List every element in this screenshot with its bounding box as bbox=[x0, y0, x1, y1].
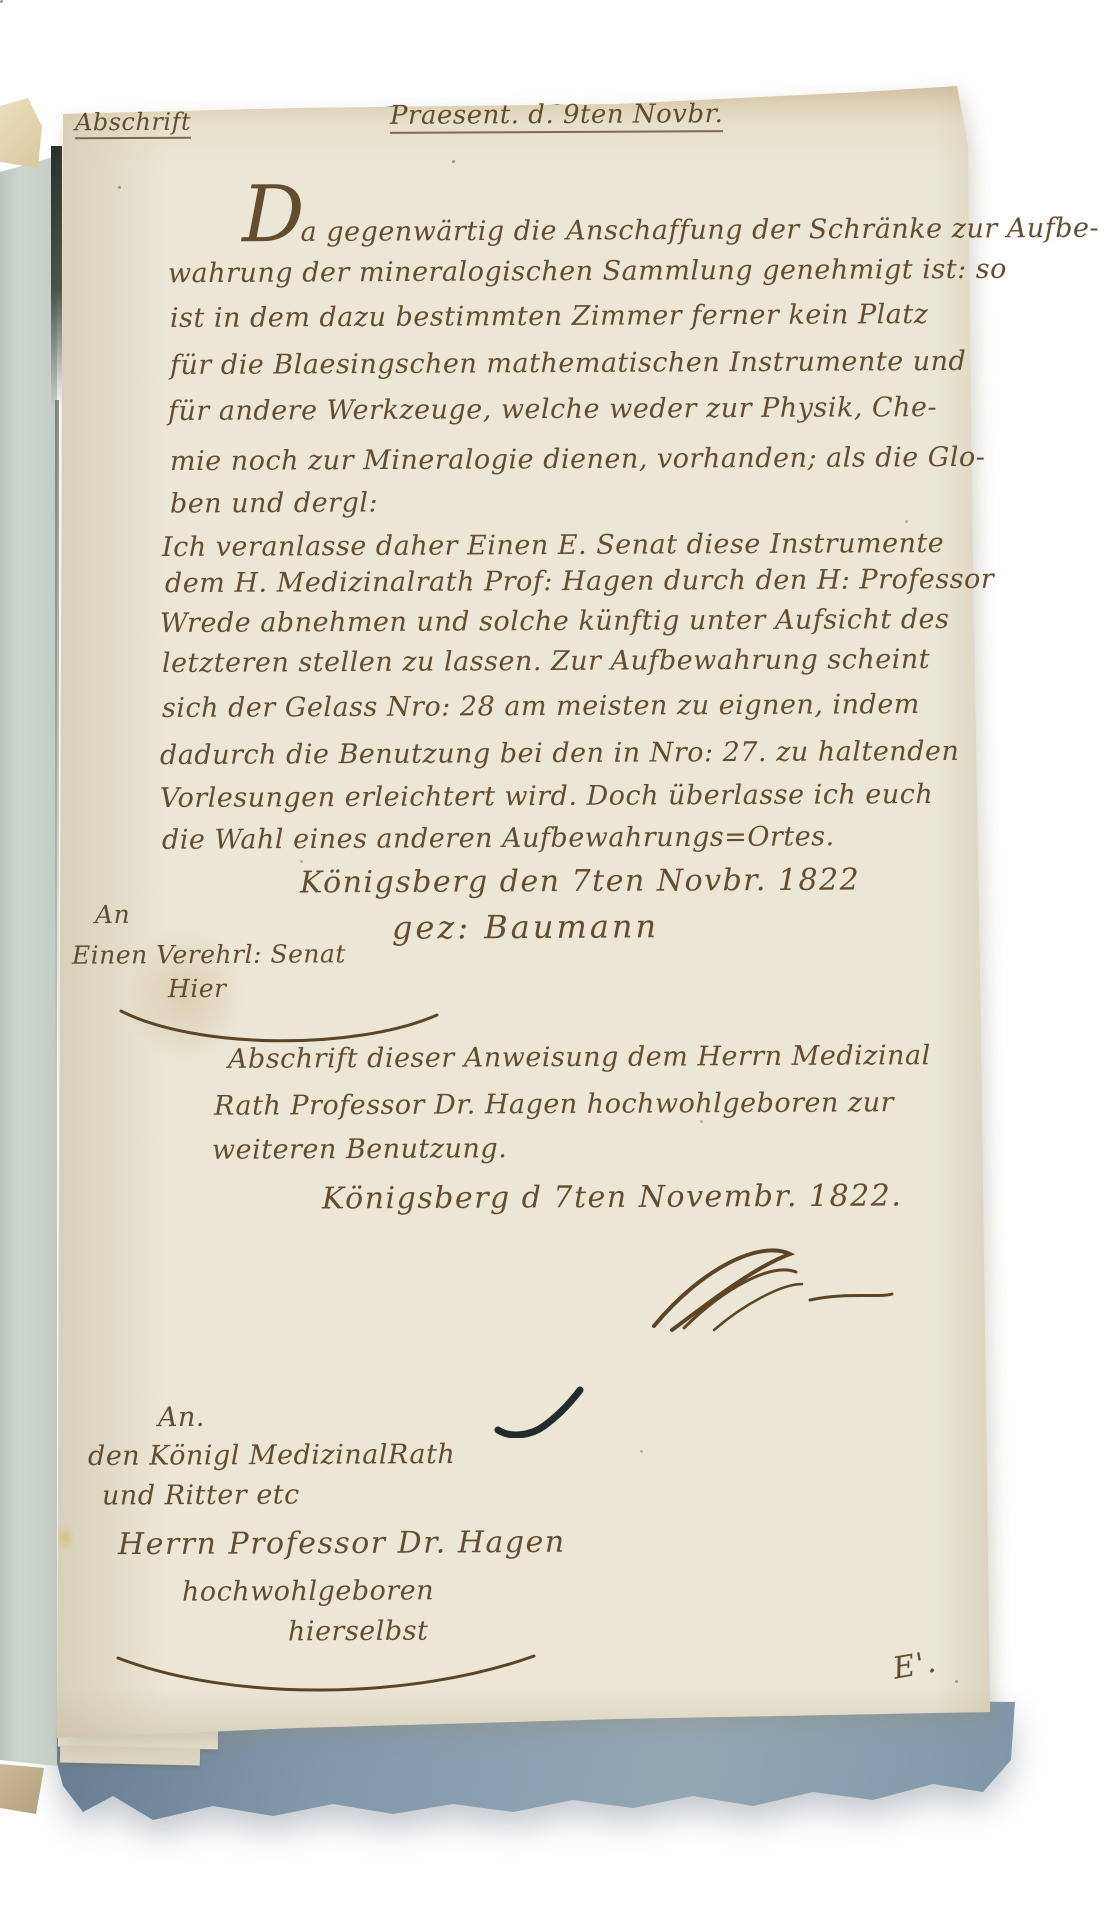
manuscript-photo: Abschrift Praesent. d. 9ten Novbr. Da ge… bbox=[0, 0, 1120, 1920]
address-line: hochwohlgeboren bbox=[182, 1575, 434, 1607]
body-line: ist in dem dazu bestimmten Zimmer ferner… bbox=[170, 299, 929, 334]
endorsement-line: weiteren Benutzung. bbox=[212, 1133, 507, 1166]
endorsement-dateline: Königsberg d 7ten Novembr. 1822. bbox=[322, 1178, 903, 1216]
address-line: hierselbst bbox=[288, 1616, 429, 1648]
address-line: und Ritter etc bbox=[102, 1479, 300, 1511]
signature: gez: Baumann bbox=[392, 907, 659, 946]
dateline: Königsberg den 7ten Novbr. 1822 bbox=[300, 863, 860, 901]
copy-label-text: Abschrift bbox=[75, 108, 191, 140]
margin-address-line: Hier bbox=[168, 974, 227, 1003]
gathering-mark: E'. bbox=[890, 1644, 940, 1686]
body-line: dadurch die Benutzung bei den in Nro: 27… bbox=[160, 736, 960, 771]
swash-underline-icon bbox=[112, 1648, 542, 1704]
body-line: wahrung der mineralogischen Sammlung gen… bbox=[168, 254, 1007, 289]
address-line: den Königl MedizinalRath bbox=[88, 1439, 455, 1472]
body-line: ben und dergl: bbox=[170, 487, 378, 519]
body-line: die Wahl eines anderen Aufbewahrungs=Ort… bbox=[162, 821, 835, 856]
body-line: Vorlesungen erleichtert wird. Doch überl… bbox=[160, 779, 933, 814]
signature-paraph-icon bbox=[640, 1238, 900, 1338]
endorsement-line: Rath Professor Dr. Hagen hochwohlgeboren… bbox=[214, 1087, 894, 1122]
body-line: mie noch zur Mineralogie dienen, vorhand… bbox=[170, 442, 985, 477]
handwriting-layer: Abschrift Praesent. d. 9ten Novbr. Da ge… bbox=[0, 0, 1120, 1920]
body-line: letzteren stellen zu lassen. Zur Aufbewa… bbox=[162, 644, 930, 679]
address-line: Herrn Professor Dr. Hagen bbox=[118, 1525, 566, 1562]
presentation-note-text: Praesent. d. 9ten Novbr. bbox=[390, 99, 724, 134]
body-line: dem H. Medizinalrath Prof: Hagen durch d… bbox=[165, 564, 994, 599]
address-line: An. bbox=[158, 1402, 205, 1433]
endorsement-line: Abschrift dieser Anweisung dem Herrn Med… bbox=[228, 1040, 931, 1075]
body-line: Da gegenwärtig die Anschaffung der Schrä… bbox=[242, 196, 1099, 248]
ink-specks bbox=[0, 0, 3, 3]
body-line: Ich veranlasse daher Einen E. Senat dies… bbox=[162, 528, 944, 563]
body-line: sich der Gelass Nro: 28 am meisten zu ei… bbox=[162, 689, 920, 724]
body-line: für die Blaesingschen mathematischen Ins… bbox=[170, 346, 966, 381]
margin-address-line: Einen Verehrl: Senat bbox=[72, 939, 346, 969]
copy-label: Abschrift bbox=[75, 108, 191, 137]
presentation-note: Praesent. d. 9ten Novbr. bbox=[390, 99, 724, 131]
body-line: Wrede abnehmen und solche künftig unter … bbox=[160, 604, 950, 639]
ink-check-mark-icon bbox=[488, 1386, 598, 1438]
margin-address-line: An bbox=[95, 900, 130, 929]
body-line: für andere Werkzeuge, welche weder zur P… bbox=[168, 392, 937, 427]
